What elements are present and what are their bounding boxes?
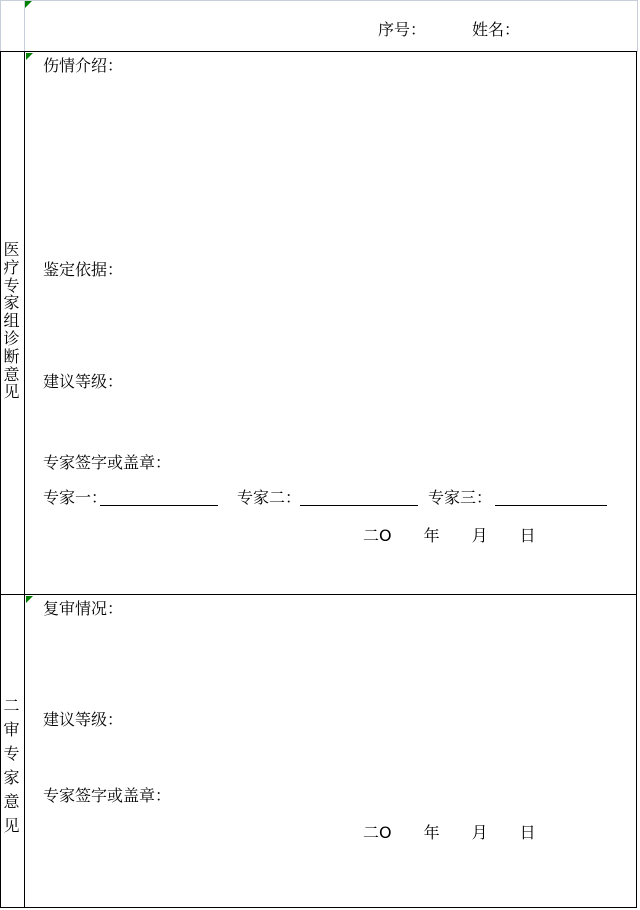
expert1-label: 专家一：: [43, 489, 107, 506]
medical-expert-form: 序号： 姓名： 医疗专家组诊断意见 伤情介绍： 鉴定依据： 建议等级： 专家签字…: [0, 0, 640, 910]
expert3-label: 专家三：: [428, 489, 492, 506]
error-indicator-triangle: [26, 53, 33, 60]
signature-stamp-label: 专家签字或盖章：: [43, 454, 171, 471]
expert2-label: 专家二：: [237, 489, 301, 506]
section2-date-line: 二O 年 月 日: [363, 824, 536, 841]
error-indicator-triangle: [25, 1, 32, 8]
serial-number-label: 序号：: [378, 21, 426, 38]
header-cell-main[interactable]: [24, 0, 638, 52]
section1-content-cell[interactable]: [25, 52, 636, 594]
error-indicator-triangle: [26, 596, 33, 603]
appraisal-basis-label: 鉴定依据：: [43, 261, 123, 278]
review-status-label: 复审情况：: [43, 600, 123, 617]
header-cell-left[interactable]: [0, 0, 24, 52]
injury-intro-label: 伤情介绍：: [43, 57, 123, 74]
suggested-grade-label: 建议等级：: [43, 373, 123, 390]
expert3-signature-line[interactable]: [495, 489, 607, 506]
signature-stamp-label-2: 专家签字或盖章：: [43, 787, 171, 804]
expert2-signature-line[interactable]: [300, 489, 418, 506]
expert1-signature-line[interactable]: [100, 489, 218, 506]
suggested-grade-label-2: 建议等级：: [43, 711, 123, 728]
section1-side-label: 医疗专家组诊断意见: [3, 241, 20, 401]
section2-side-label: 二审专家意见: [3, 694, 20, 838]
name-label: 姓名：: [472, 21, 520, 38]
section2-content-cell[interactable]: [25, 595, 636, 907]
section1-date-line: 二O 年 月 日: [363, 527, 536, 544]
